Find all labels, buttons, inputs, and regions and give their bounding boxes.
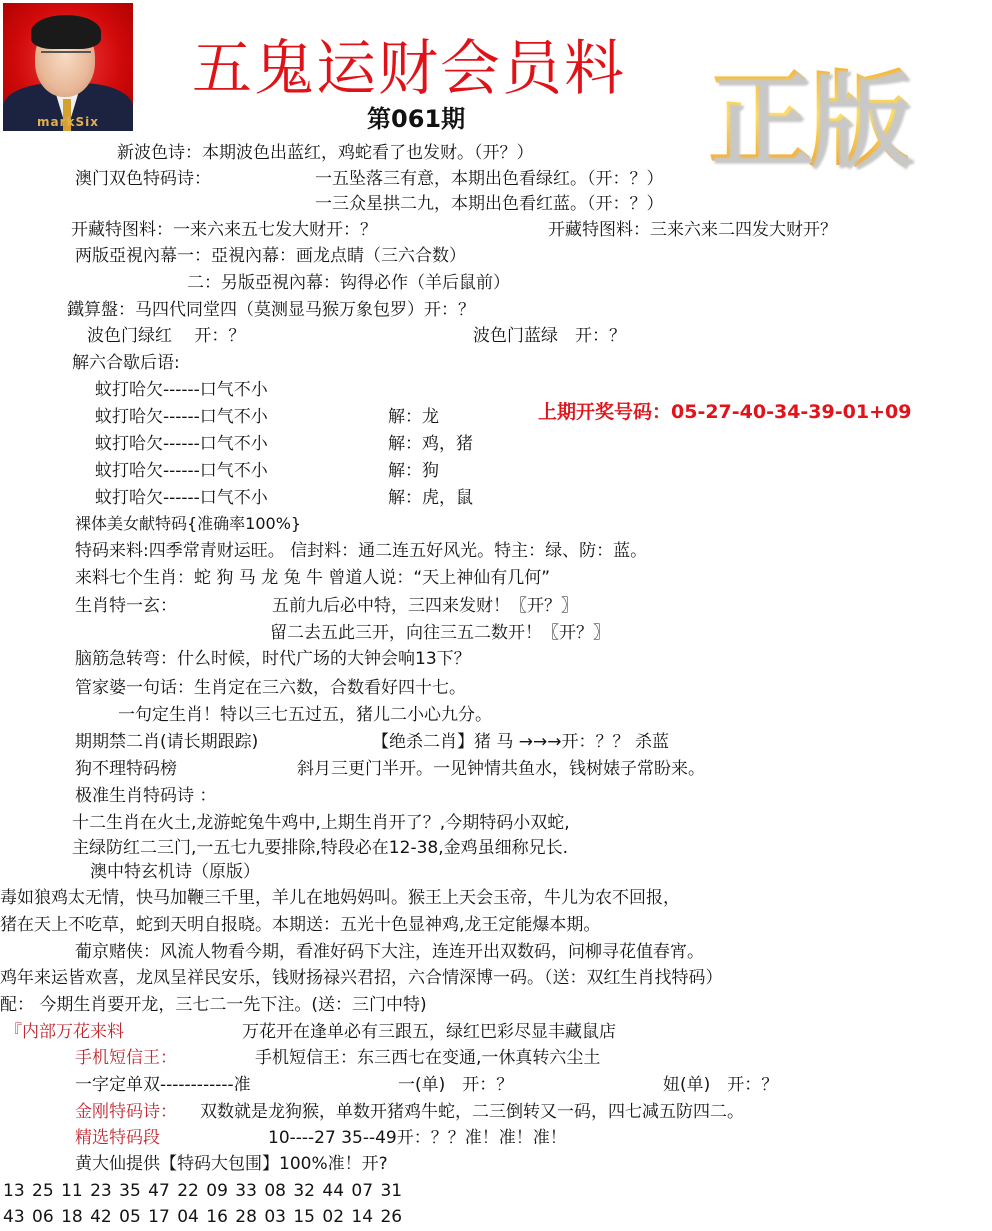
tiesuanpan-line: 鐵算盤：马四代同堂四（莫测显马猴万象包罗）开：？ [67,299,475,321]
neibu-label: 『内部万花来料 [5,1021,124,1043]
number-row: 43 06 18 42 05 17 04 16 28 03 15 02 14 2… [3,1206,402,1228]
yashi-line-2: 二：另版亞視內幕：钩得必作（羊后鼠前） [187,272,510,294]
shengxiao-label: 生肖特一玄： [75,595,177,617]
macau-line-1: 一五坠落三有意，本期出色看绿红。（开：？） [315,168,664,190]
shengxiao-line-1: 五前九后必中特，三四来发财！〖开？〗 [272,595,578,617]
guanjiapo-line: 管家婆一句话：生肖定在三六数，合数看好四十七。 [75,677,466,699]
yizi-line: 一字定单双------------准 [75,1074,251,1096]
jingang-label: 金刚特码诗： [75,1101,177,1123]
shengxiao-line-2: 留二去五此三开，向往三五二数开！〖开？〗 [270,622,610,644]
xiehouyu-answer: 解：鸡，猪 [388,433,473,455]
jingang-text: 双数就是龙狗猴，单数开猪鸡牛蛇，二三倒转又一码，四七减五防四二。 [200,1101,744,1123]
yizi-line-2: 一(单) 开：？ [398,1074,513,1096]
xiehouyu-answer: 解：狗 [388,460,439,482]
seven-zodiac-line: 来料七个生肖：蛇 狗 马 龙 兔 牛 曾道人说：“天上神仙有几何” [75,567,550,589]
avatar-hair [31,15,101,49]
huangdaxian-line: 黄大仙提供【特码大包围】100%准！开? [75,1153,388,1175]
macau-label: 澳门双色特码诗： [75,168,211,190]
shier-line: 十二生肖在火土,龙游蛇兔牛鸡中,上期生肖开了？,今期特码小双蛇, [72,812,570,834]
pei-line: 配： 今期生肖要开龙，三七二一先下注。(送：三门中特) [0,994,427,1016]
number-row: 13 25 11 23 35 47 22 09 33 08 32 44 07 3… [3,1180,402,1202]
xiehouyu-riddle: 蚊打哈欠------口气不小 [95,487,268,509]
avatar-glasses [41,51,91,61]
xiehouyu-title: 解六合歇后语: [72,352,180,374]
tema-source-line: 特码来料:四季常青财运旺。 信封料：通二连五好风光。特主：绿、防：蓝。 [75,540,647,562]
issue-number: 第061期 [367,104,465,134]
poem-line-1: 毒如狼鸡太无情，快马加鞭三千里，羊儿在地妈妈叫。猴王上天会玉帝，牛儿为农不回报， [0,887,680,909]
jingxuan-label: 精选特码段 [75,1127,160,1149]
macau-line-2: 一三众星拱二九，本期出色看红蓝。（开：？） [315,193,664,215]
sms-text: 手机短信王：东三西七在变通,一休真转六尘土 [255,1047,600,1069]
kaicang-line-1: 开藏特图料：一来六来五七发大财开：？ [71,219,377,241]
jingxuan-text: 10----27 35--49开：？？准！准！准！ [268,1127,567,1149]
sms-label: 手机短信王： [75,1047,177,1069]
xiehouyu-answer: 解：虎，鼠 [388,487,473,509]
avatar: markSix [3,3,133,131]
luoti-line: 裸体美女献特码{准确率100%} [75,513,301,535]
yashi-line-1: 两版亞視內幕一：亞視內幕：画龙点睛（三六合数） [75,245,466,267]
kaicang-line-2: 开藏特图料：三来六来二四发大财开？ [548,219,837,241]
wave-gate-2: 波色门蓝绿 开：？ [473,325,626,347]
qiqi-line: 期期禁二肖(请长期跟踪) [75,731,258,753]
avatar-brand: markSix [3,115,133,129]
aozhong-line: 澳中特玄机诗（原版） [90,861,260,883]
page-title: 五鬼运财会员料 [192,34,626,104]
xiehouyu-answer: 解：龙 [388,406,439,428]
xiehouyu-riddle: 蚊打哈欠------口气不小 [95,406,268,428]
jizhun-line: 极准生肖特码诗 ： [75,785,216,807]
last-draw-numbers: 上期开奖号码：05-27-40-34-39-01+09 [538,397,911,424]
neibu-text: 万花开在逢单必有三跟五，绿红巴彩尽显丰藏鼠店 [242,1021,616,1043]
jinian-line: 鸡年来运皆欢喜，龙凤呈祥民安乐，钱财扬禄兴君招，六合情深博一码。（送：双红生肖找… [0,967,723,989]
yizi-line-3: 妞(单) 开：？ [663,1074,778,1096]
zhulv-line: 主绿防红二三门,一五七九要排除,特段必在12-38,金鸡虽细称兄长. [72,837,568,859]
poem-line-2: 猪在天上不吃草，蛇到天明自报晓。本期送：五光十色显神鸡,龙王定能爆本期。 [0,914,600,936]
wave-poem: 新波色诗：本期波色出蓝红，鸡蛇看了也发财。（开？） [117,142,534,164]
xiehouyu-riddle: 蚊打哈欠------口气不小 [95,433,268,455]
wave-gate-1: 波色门绿红 开：？ [87,325,245,347]
yiju-line: 一句定生肖！特以三七五过五，猪儿二小心九分。 [118,704,492,726]
gou-label: 狗不理特码榜 [75,758,177,780]
juesha-line: 【绝杀二肖】猪 马 →→→开：？？ 杀蓝 [372,731,669,753]
pujing-line: 葡京赌侠：风流人物看今期，看准好码下大注，连连开出双数码，问柳寻花值春宵。 [75,941,704,963]
riddle-line: 脑筋急转弯：什么时候，时代广场的大钟会响13下？ [75,648,471,670]
xiehouyu-riddle: 蚊打哈欠------口气不小 [95,460,268,482]
gou-text: 斜月三更门半开。一见钟情共鱼水，钱树婊子常盼来。 [297,758,705,780]
xiehouyu-riddle: 蚊打哈欠------口气不小 [95,379,268,401]
authentic-badge: 正版 [708,60,908,180]
